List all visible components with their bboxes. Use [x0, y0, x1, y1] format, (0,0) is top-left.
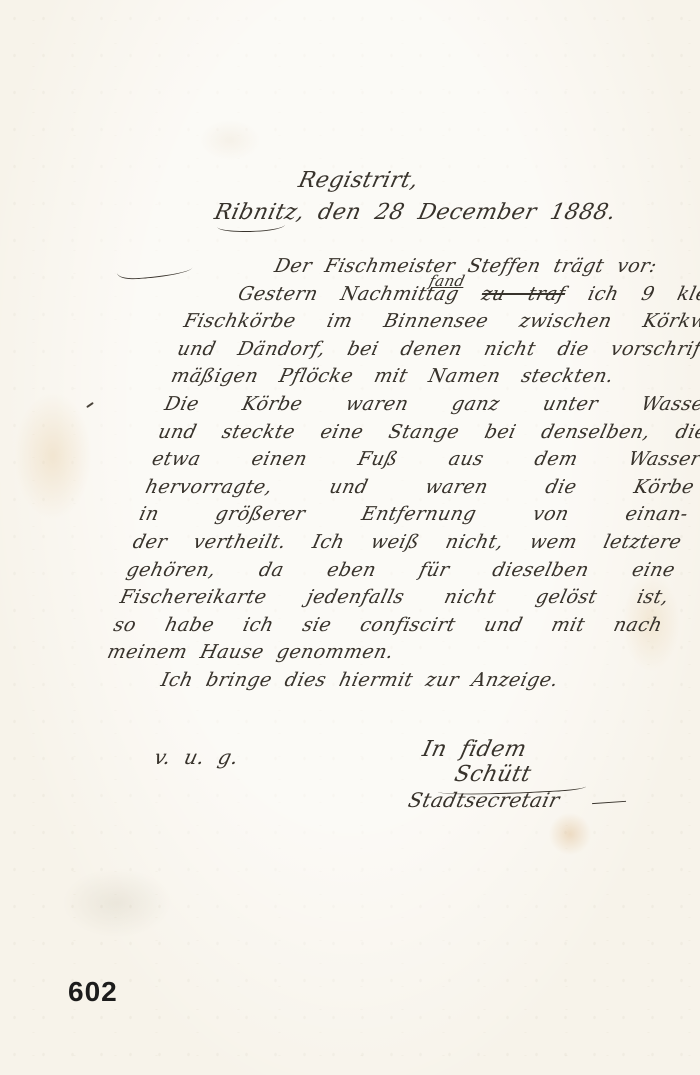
letter-line: Fischkörbe im Binnensee zwischen Körkwit… [181, 308, 700, 336]
letter-line-correction: Gestern Nachmittag zu traf fand ich 9 kl… [187, 281, 700, 309]
scanned-letter-page: Registrirt, Ribnitz,den 28 December 1888… [0, 0, 700, 1075]
dateline-date: den 28 December 1888. [316, 200, 619, 225]
dateline-place: Ribnitz, [212, 200, 307, 225]
correction-post: ich 9 kleine [586, 283, 700, 305]
opening-swash [116, 264, 193, 280]
letter-line: gehören, da eben für dieselben eine [123, 557, 677, 585]
letter-line: Fischereikarte jedenfalls nicht gelöst i… [117, 584, 671, 612]
letter-line: so habe ich sie confiscirt und mit nach [111, 612, 665, 640]
registration-note: Registrirt, [296, 168, 421, 193]
letter-line: der vertheilt. Ich weiß nicht, wem letzt… [130, 529, 684, 557]
paper-stain [200, 120, 260, 160]
letter-line: und Dändorf, bei denen nicht die vorschr… [174, 336, 700, 364]
dateline: Ribnitz,den 28 December 1888. [212, 200, 618, 225]
paper-stain [62, 868, 172, 938]
letter-line: etwa einen Fuß aus dem Wasser [149, 446, 700, 474]
paper-stain [548, 812, 592, 856]
letter-line: Die Körbe waren ganz unter Wasser [162, 391, 700, 419]
signature-title: Stadtsecretair [406, 788, 562, 812]
attestation-abbreviation: v. u. g. [152, 745, 241, 769]
paper-stain [14, 392, 92, 520]
inserted-word-above: fand [426, 268, 468, 296]
letter-line: hervorragte, und waren die Körbe [143, 474, 697, 502]
signature-name: Schütt [452, 762, 534, 787]
stray-ink-mark [86, 402, 94, 408]
struck-through-words: zu traf [480, 283, 568, 305]
letter-body: Der Fischmeister Steffen trägt vor: Gest… [98, 253, 700, 695]
letter-line: mäßigen Pflöcke mit Namen steckten. [168, 363, 700, 391]
letter-line: und steckte eine Stange bei denselben, d… [155, 419, 700, 447]
page-number: 602 [68, 976, 118, 1008]
in-fidem-note: In fidem [420, 737, 529, 762]
letter-line: meinem Hause genommen. [104, 639, 658, 667]
letter-line: in größerer Entfernung von einan- [136, 501, 690, 529]
signature-title-flourish [592, 799, 626, 804]
letter-closing-line: Ich bringe dies hiermit zur Anzeige. [98, 667, 652, 695]
